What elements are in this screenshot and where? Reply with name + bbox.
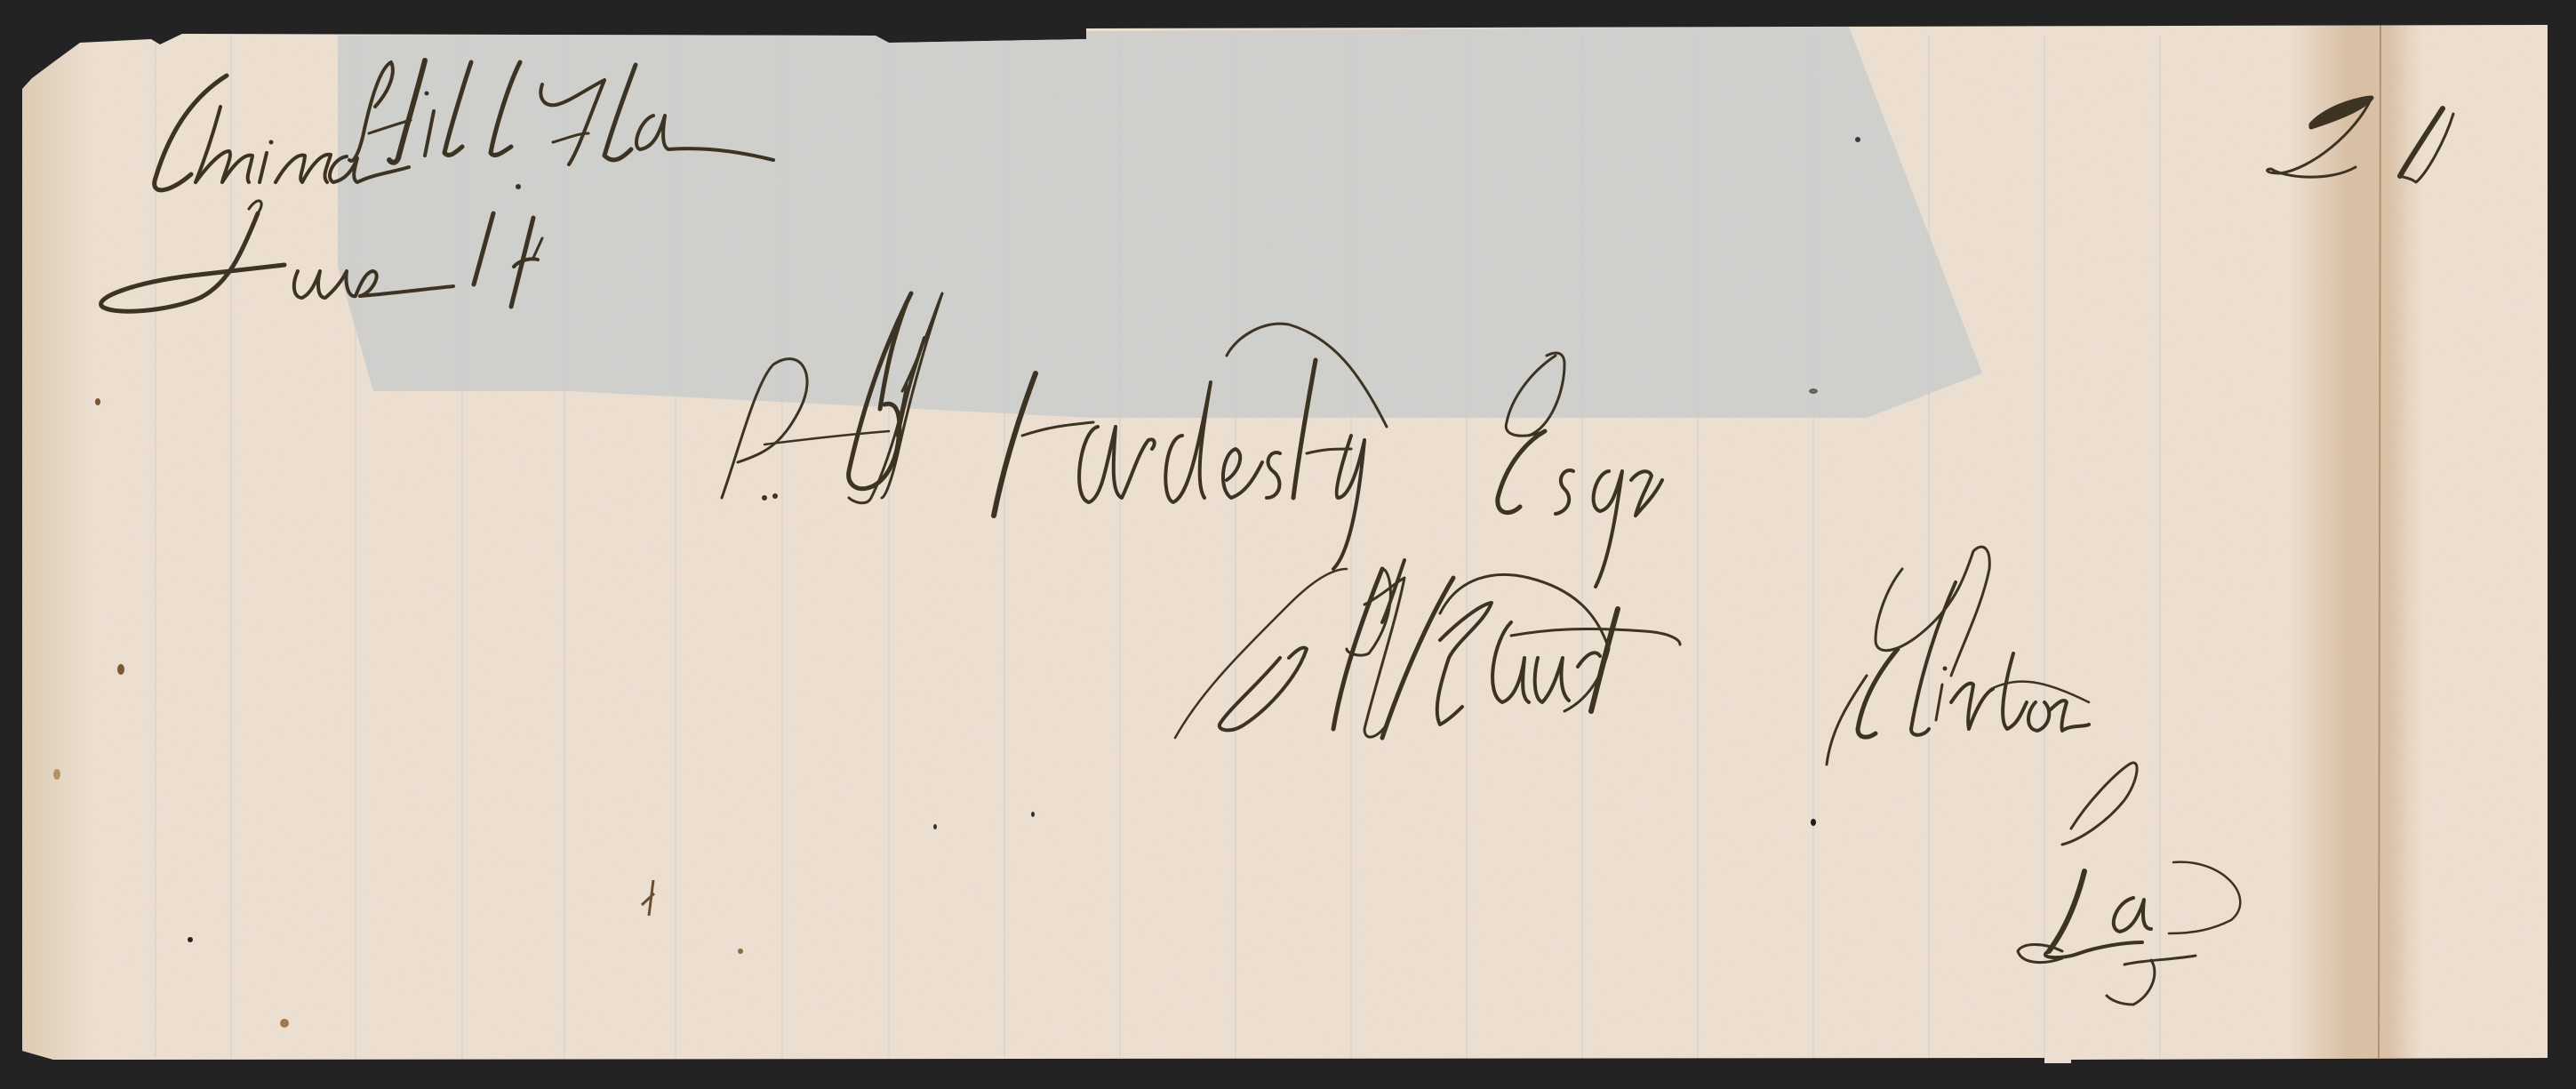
paper-sheet	[0, 0, 2576, 1089]
cover-scan	[0, 0, 2576, 1089]
